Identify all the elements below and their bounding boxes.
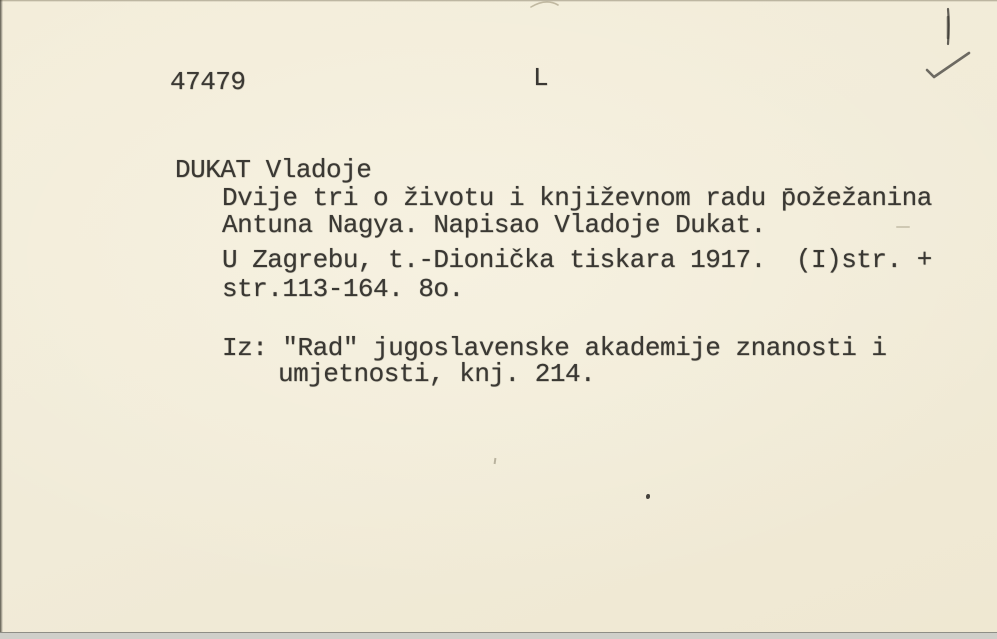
card-bottom-edge: [0, 632, 997, 639]
faint-smudge: [896, 226, 910, 228]
pencil-checkmark-icon: [927, 53, 969, 77]
section-letter: L: [533, 64, 548, 92]
catalog-card: 47479 L DUKAT Vladoje Dvije tri o životu…: [0, 0, 997, 639]
author-heading: DUKAT Vladoje: [175, 156, 371, 184]
note-line-1: Iz: "Rad" jugoslavenske akademije znanos…: [222, 334, 887, 362]
card-top-edge: [0, 0, 997, 2]
faint-speck: [494, 458, 497, 464]
catalog-number: 47479: [170, 68, 246, 96]
pencil-stroke-icon: [948, 9, 949, 44]
note-line-2: umjetnosti, knj. 214.: [278, 360, 595, 388]
top-smudge-mark: [531, 2, 558, 7]
ink-dot-speck: [646, 494, 650, 499]
imprint-line-1: U Zagrebu, t.-Dionička tiskara 1917. (I)…: [222, 246, 932, 274]
card-left-edge: [0, 0, 3, 639]
imprint-line-2: str.113-164. 8o.: [222, 275, 464, 303]
title-line-1: Dvije tri o životu i književnom radu p̄o…: [222, 184, 932, 212]
pencil-annotations: [0, 0, 997, 639]
title-line-2: Antuna Nagya. Napisao Vladoje Dukat.: [222, 211, 766, 239]
